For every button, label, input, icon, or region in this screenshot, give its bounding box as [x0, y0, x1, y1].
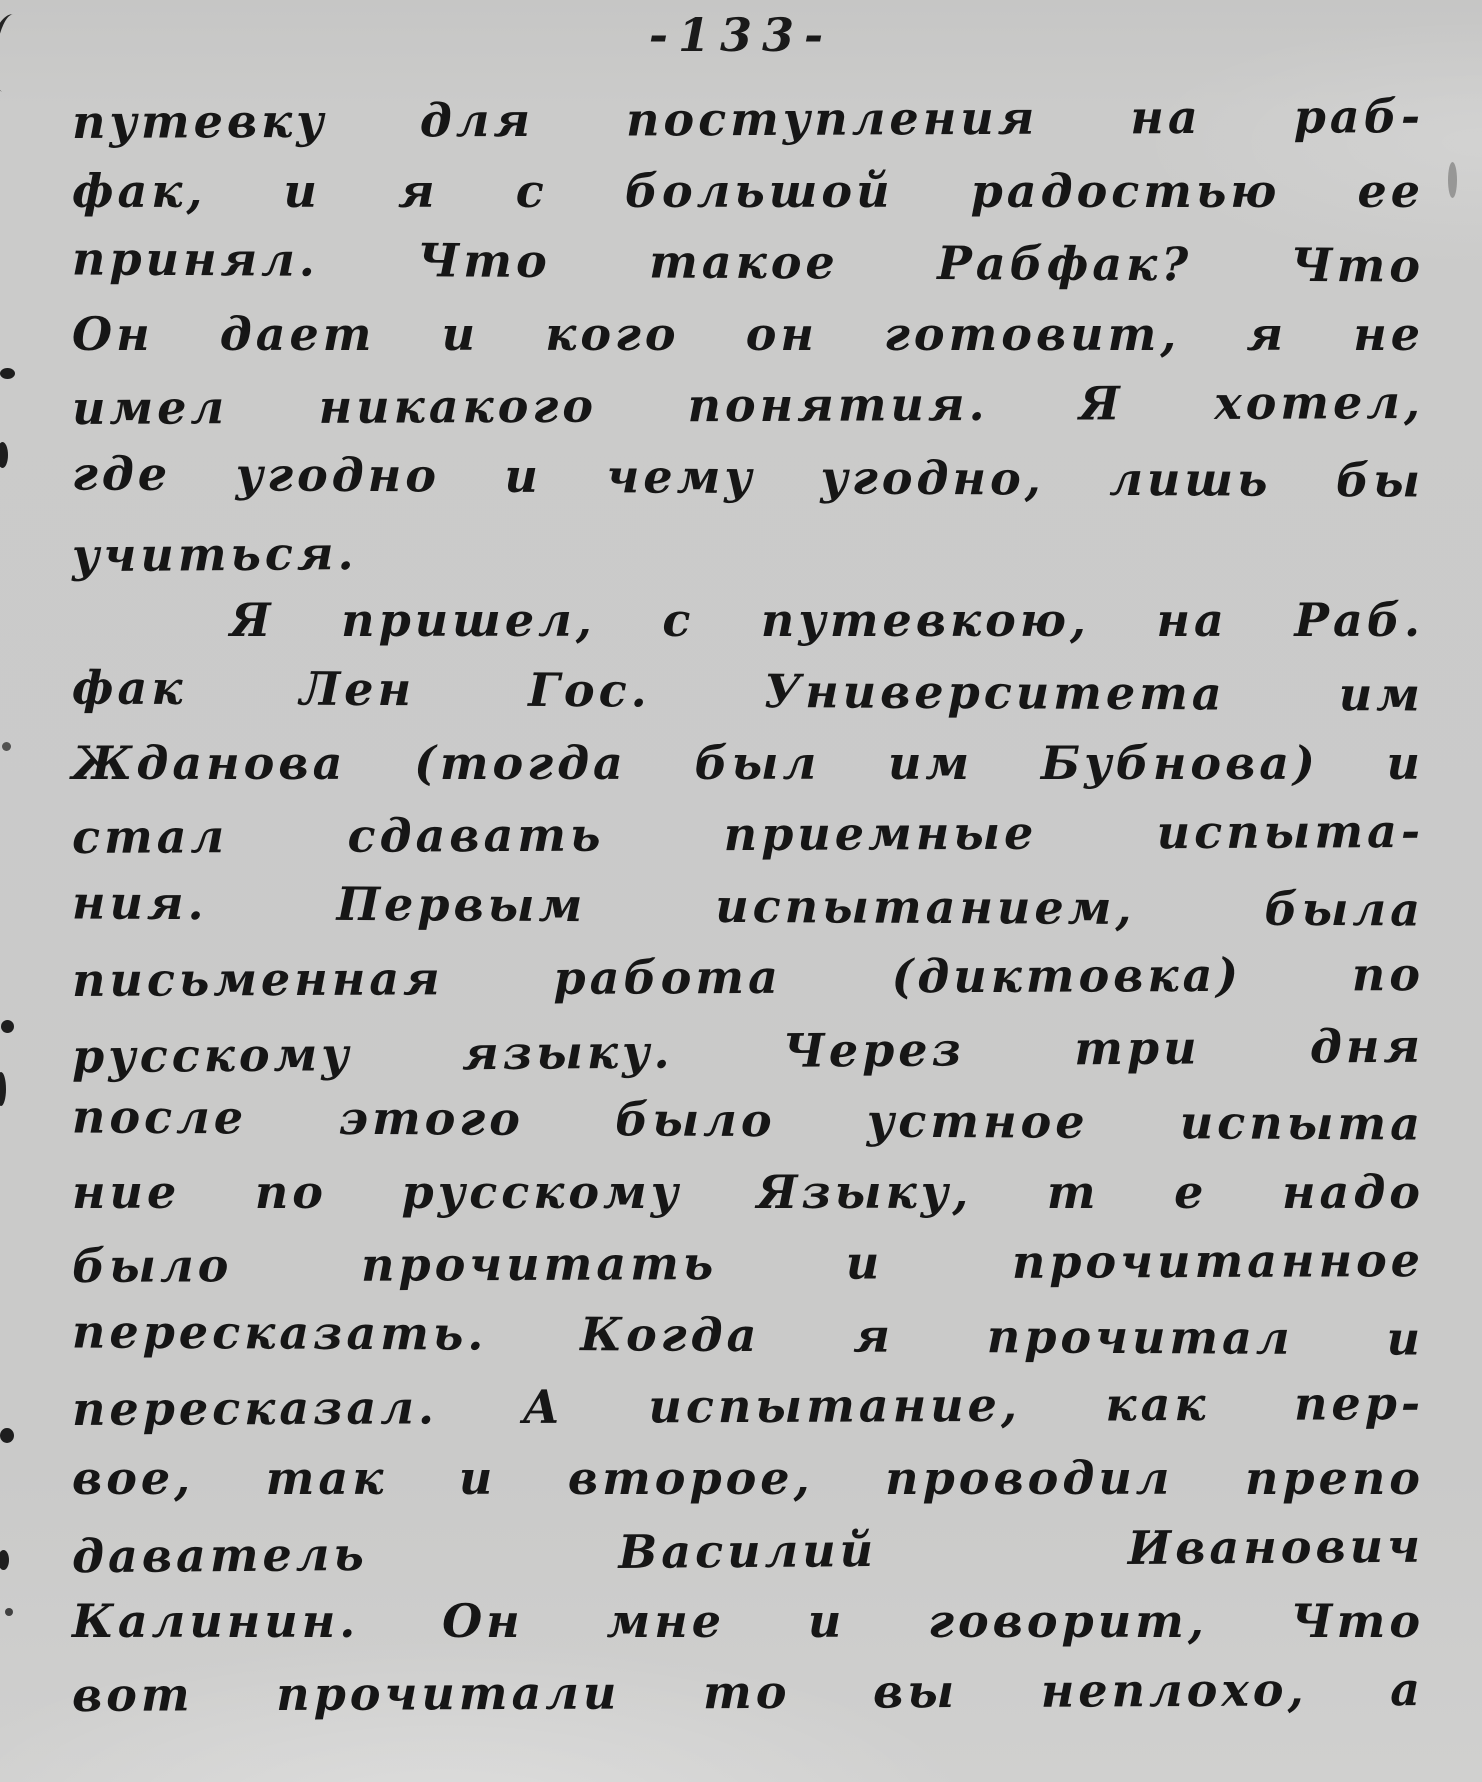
handwritten-line: вот прочитали то вы неплохо, а	[72, 1654, 1424, 1731]
scan-artifact-mark	[0, 368, 15, 379]
scan-artifact-mark	[0, 1550, 9, 1570]
scan-artifact-mark	[0, 1072, 6, 1106]
handwritten-line: принял. Что такое Рабфак? Что	[72, 223, 1424, 302]
handwritten-line: русскому языку. Через три дня	[72, 1010, 1425, 1092]
handwritten-line-paragraph-start: Я пришел, с путевкою, на Раб.	[72, 585, 1424, 657]
handwritten-line: пересказать. Когда я прочитал и	[72, 1296, 1424, 1375]
handwritten-line: пересказал. А испытание, как пер-	[72, 1368, 1424, 1445]
handwritten-line: Он дает и кого он готовит, я не	[72, 299, 1424, 371]
scan-artifact-mark	[0, 1428, 14, 1443]
scan-artifact-mark	[1448, 162, 1457, 198]
handwritten-line: фак Лен Гос. Университета им	[72, 652, 1424, 731]
scan-artifact-mark	[0, 442, 8, 468]
page-number: -133-	[0, 8, 1482, 62]
handwritten-line: даватель Василий Иванович	[72, 1511, 1425, 1593]
scan-artifact-mark	[1, 1020, 14, 1033]
handwritten-line: письменная работа (диктовка) по	[72, 939, 1424, 1016]
handwritten-line: было прочитать и прочитанное	[72, 1225, 1424, 1302]
handwritten-line: Калинин. Он мне и говорит, Что	[72, 1586, 1424, 1658]
scan-artifact-mark	[2, 742, 11, 751]
handwritten-line: вое, так и второе, проводил препо	[72, 1443, 1424, 1515]
handwritten-line: стал сдавать приемные испыта-	[72, 796, 1424, 873]
handwritten-line: ния. Первым испытанием, была	[72, 867, 1424, 946]
handwritten-line: путевку для поступления на раб-	[72, 81, 1424, 158]
handwritten-line: после этого было устное испыта	[72, 1081, 1424, 1160]
handwritten-line: где угодно и чему угодно, лишь бы	[72, 438, 1424, 517]
handwritten-text-block: путевку для поступления на раб- фак, и я…	[72, 84, 1424, 1729]
scan-artifact-mark	[5, 1608, 13, 1616]
handwritten-line: учиться.	[72, 510, 1425, 592]
handwritten-line: фак, и я с большой радостью ее	[72, 156, 1424, 228]
handwritten-line: имел никакого понятия. Я хотел,	[72, 367, 1424, 444]
manuscript-scan-page: -133- путевку для поступления на раб- фа…	[0, 0, 1482, 1782]
handwritten-line: ние по русскому Языку, т е надо	[72, 1157, 1424, 1229]
handwritten-line: Жданова (тогда был им Бубнова) и	[72, 728, 1424, 800]
